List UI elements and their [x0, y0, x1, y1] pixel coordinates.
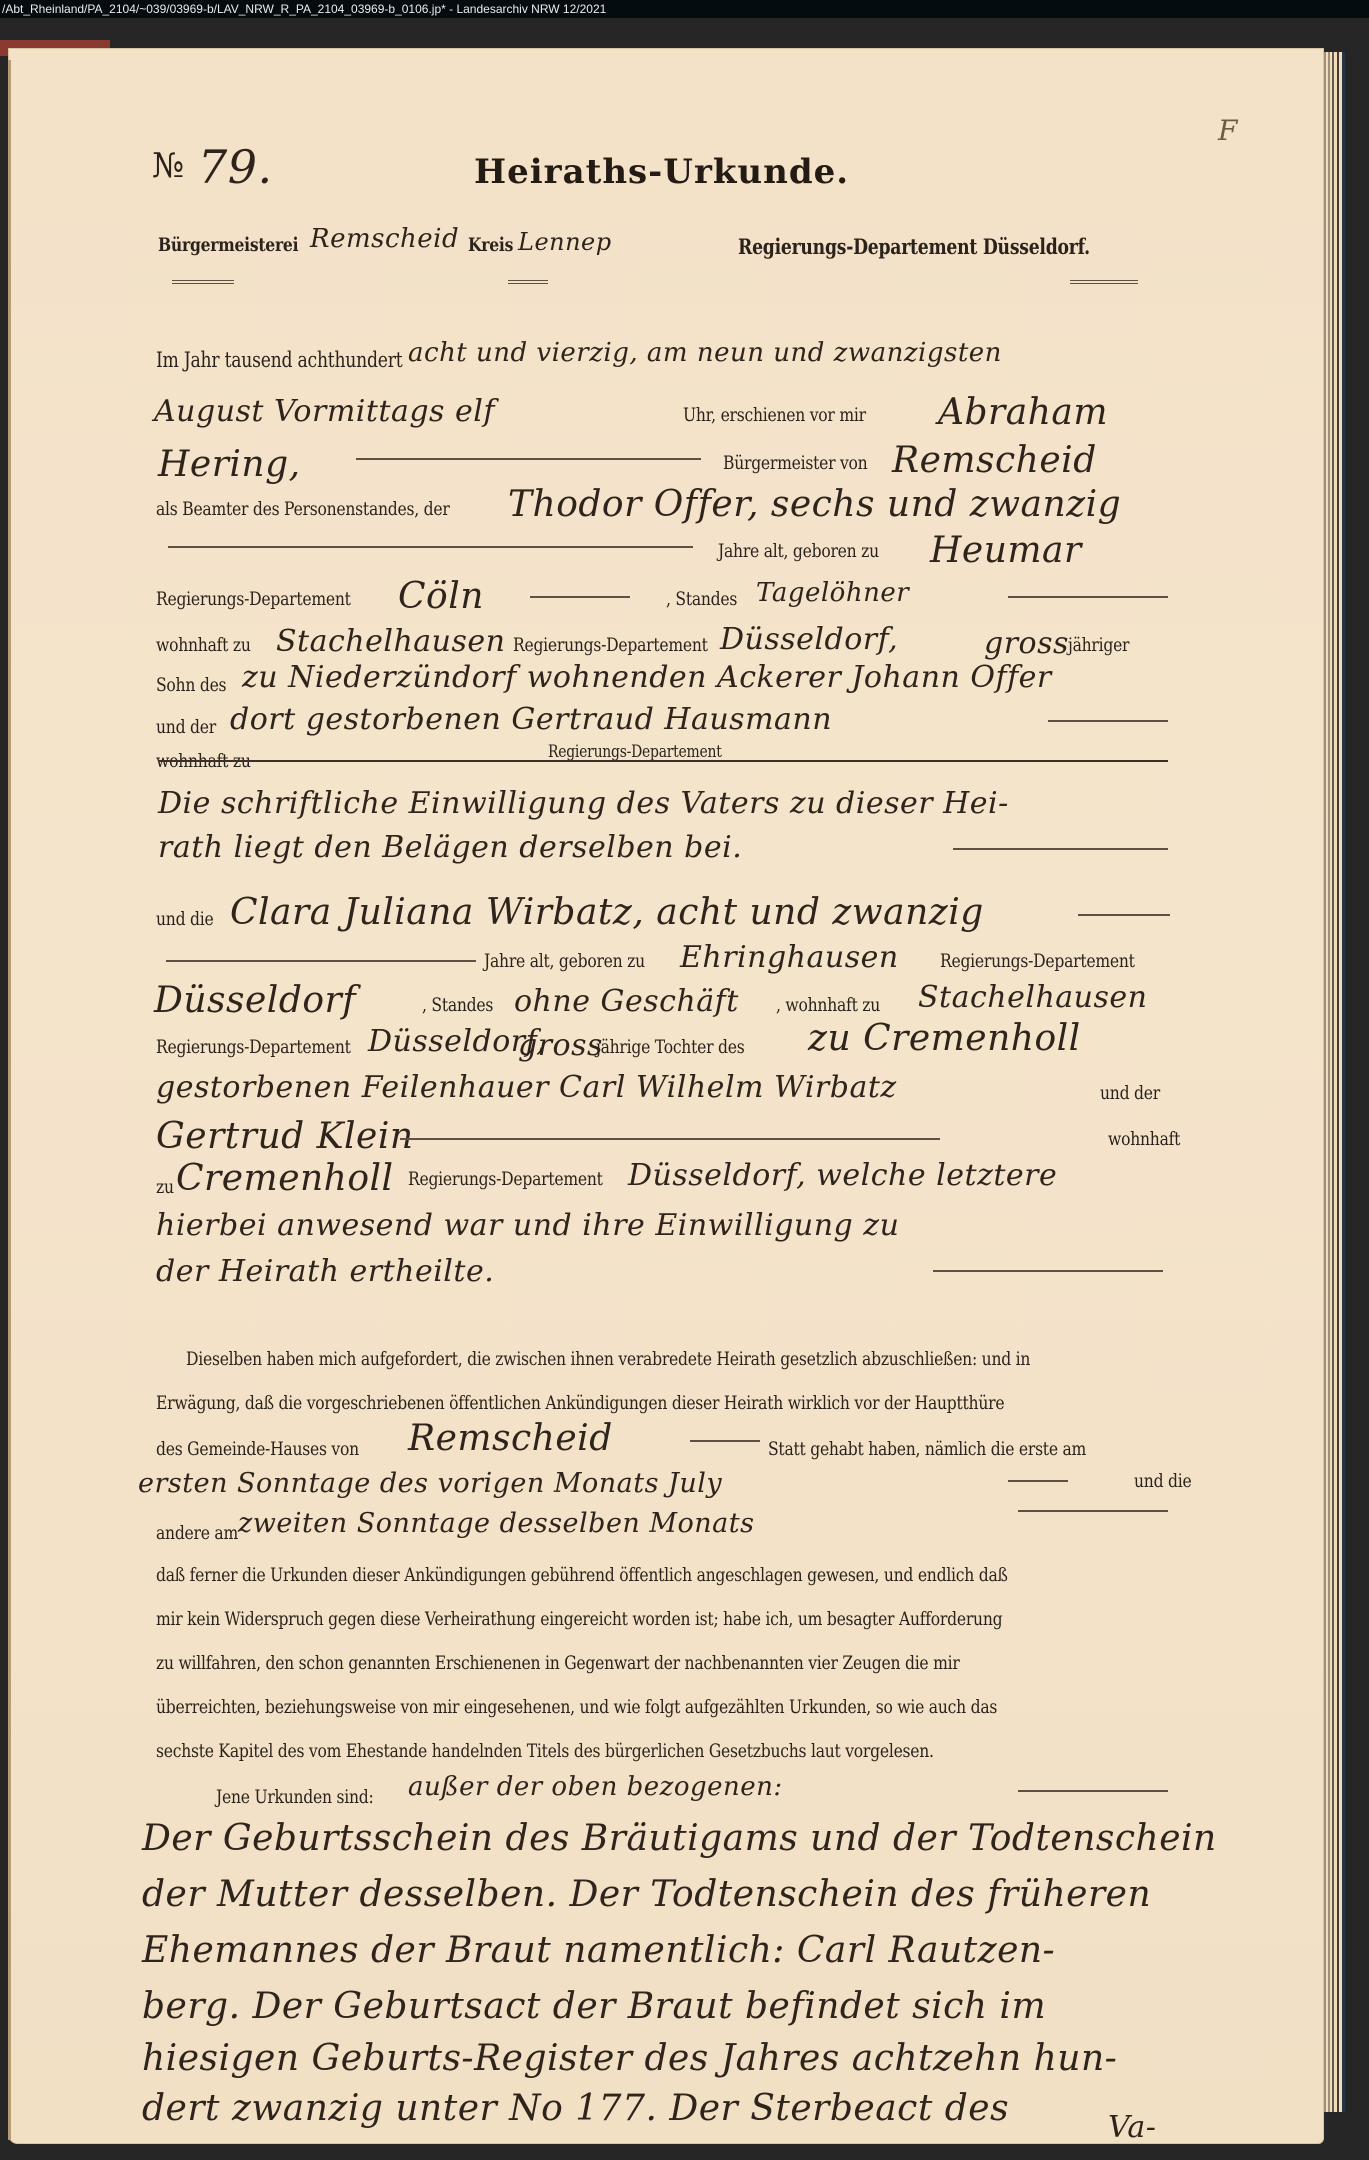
residence-label-4: wohnhaft — [1108, 1128, 1180, 1150]
corner-mark: F — [1218, 114, 1237, 147]
body-line-6: daß ferner die Urkunden dieser Ankündigu… — [156, 1564, 1008, 1586]
and-the-label-2: und die — [156, 908, 213, 930]
groom-name-age: Thodor Offer, sechs und zwanzig — [508, 484, 1121, 525]
documents-line-4: berg. Der Geburtsact der Braut befindet … — [142, 1986, 1046, 2027]
bride-birthplace: Ehringhausen — [680, 940, 899, 975]
bride-birth-department: Düsseldorf — [154, 980, 356, 1021]
mayor-town: Remscheid — [892, 440, 1097, 481]
at-label: zu — [156, 1176, 174, 1198]
department-header: Regierungs-Departement Düsseldorf. — [738, 234, 1090, 259]
department-label-1: Regierungs-Departement — [156, 588, 351, 610]
department-label-4: Regierungs-Departement — [940, 950, 1135, 972]
occupation-label-1: , Standes — [666, 588, 737, 610]
documents-intro: außer der oben bezogenen: — [408, 1772, 783, 1802]
groom-residence: Stachelhausen — [276, 624, 505, 659]
appeared-text: Uhr, erschienen vor mir — [683, 404, 866, 426]
consent-note-line-1: Die schriftliche Einwilligung des Vaters… — [158, 786, 1009, 821]
residence-label-1: wohnhaft zu — [156, 634, 251, 656]
residence-label-3: , wohnhaft zu — [776, 994, 880, 1016]
body-line-2: Erwägung, daß die vorgeschriebenen öffen… — [156, 1392, 1004, 1414]
window-title: /Abt_Rheinland/PA_2104/~039/03969-b/LAV_… — [2, 2, 606, 16]
mayor-first-name: Abraham — [938, 392, 1108, 433]
bride-mother: Gertrud Klein — [156, 1116, 414, 1157]
document-page: F № 79. Heiraths-Urkunde. Bürgermeistere… — [8, 48, 1324, 2144]
majority-label-1: jähriger — [1068, 634, 1129, 656]
certificate-number-label: № — [152, 146, 184, 186]
body-line-1: Dieselben haben mich aufgefordert, die z… — [186, 1348, 1030, 1370]
body-line-4: und die — [1134, 1470, 1191, 1492]
and-the-label-3: und der — [1100, 1082, 1160, 1104]
age-born-text: Jahre alt, geboren zu — [718, 540, 879, 562]
consent-note-line-2: rath liegt den Belägen derselben bei. — [158, 830, 742, 865]
second-announcement-date: zweiten Sonntage desselben Monats — [238, 1508, 755, 1539]
body-line-3-a: des Gemeinde-Hauses von — [156, 1438, 359, 1460]
body-line-7: mir kein Widerspruch gegen diese Verheir… — [156, 1608, 1002, 1630]
groom-occupation: Tagelöhner — [756, 578, 909, 608]
document-title: Heiraths-Urkunde. — [474, 152, 849, 192]
bride-father-residence: zu Cremenholl — [808, 1018, 1081, 1059]
documents-line-7: Va- — [1108, 2110, 1156, 2145]
date-handwritten: acht und vierzig, am neun und zwanzigste… — [408, 338, 1002, 368]
mother-consent-line-2: der Heirath ertheilte. — [156, 1254, 494, 1289]
window-title-bar: /Abt_Rheinland/PA_2104/~039/03969-b/LAV_… — [0, 0, 1369, 18]
bride-residence: Stachelhausen — [918, 980, 1147, 1015]
documents-line-1: Der Geburtsschein des Bräutigams und der… — [142, 1818, 1217, 1859]
documents-line-2: der Mutter desselben. Der Todtenschein d… — [142, 1874, 1151, 1915]
department-label-5: Regierungs-Departement — [156, 1036, 351, 1058]
groom-mother: dort gestorbenen Gertraud Hausmann — [230, 702, 832, 737]
son-of-label: Sohn des — [156, 674, 226, 696]
and-the-label-1: und der — [156, 716, 216, 738]
bride-name-age: Clara Juliana Wirbatz, acht und zwanzig — [230, 892, 984, 933]
department-label-6: Regierungs-Departement — [408, 1168, 603, 1190]
documents-line-6: dert zwanzig unter No 177. Der Sterbeact… — [142, 2088, 1009, 2129]
marriage-certificate: F № 79. Heiraths-Urkunde. Bürgermeistere… — [8, 48, 1324, 2144]
kreis-value: Lennep — [518, 228, 612, 256]
groom-majority: gross — [984, 626, 1069, 661]
bride-mother-residence: Cremenholl — [176, 1158, 394, 1199]
first-announcement-date: ersten Sonntage des vorigen Monats July — [138, 1468, 722, 1499]
mother-consent-line-1: hierbei anwesend war und ihre Einwilligu… — [156, 1208, 899, 1243]
mayor-last-name: Hering, — [158, 444, 301, 485]
documents-label: Jene Urkunden sind: — [216, 1786, 374, 1808]
groom-father: zu Niederzündorf wohnenden Ackerer Johan… — [242, 660, 1052, 695]
time-handwritten: August Vormittags elf — [154, 394, 495, 429]
body-line-9: überreichten, beziehungsweise von mir ei… — [156, 1696, 997, 1718]
department-label-3: Regierungs-Departement — [548, 742, 722, 762]
official-text: als Beamter des Personenstandes, der — [156, 498, 450, 520]
documents-line-3: Ehemannes der Braut namentlich: Carl Rau… — [142, 1930, 1055, 1971]
documents-line-5: hiesigen Geburts-Register des Jahres ach… — [142, 2038, 1117, 2079]
department-label-2: Regierungs-Departement — [513, 634, 708, 656]
groom-birth-department: Cöln — [398, 576, 484, 617]
buergermeisterei-label: Bürgermeisterei — [158, 234, 298, 256]
body-line-8: zu willfahren, den schon genannten Ersch… — [156, 1652, 960, 1674]
buergermeisterei-value: Remscheid — [310, 224, 459, 254]
body-line-5: andere am — [156, 1522, 238, 1544]
groom-birthplace: Heumar — [930, 530, 1082, 571]
announcement-town: Remscheid — [408, 1418, 613, 1459]
kreis-label: Kreis — [468, 234, 513, 256]
groom-residence-department: Düsseldorf, — [720, 622, 898, 657]
body-line-3-b: Statt gehabt haben, nämlich die erste am — [768, 1438, 1086, 1460]
bride-occupation: ohne Geschäft — [514, 984, 739, 1019]
mayor-of-text: Bürgermeister von — [723, 452, 867, 474]
body-line-10: sechste Kapitel des vom Ehestande handel… — [156, 1740, 934, 1762]
daughter-of-label: jährige Tochter des — [596, 1036, 744, 1058]
bride-father: gestorbenen Feilenhauer Carl Wilhelm Wir… — [156, 1070, 897, 1105]
bride-majority: gross — [518, 1028, 603, 1063]
bride-mother-department: Düsseldorf, welche letztere — [628, 1158, 1057, 1193]
occupation-label-2: , Standes — [422, 994, 493, 1016]
page-gutter-line — [8, 60, 11, 2140]
intro-text: Im Jahr tausend achthundert — [156, 348, 402, 372]
age-born-text-2: Jahre alt, geboren zu — [484, 950, 645, 972]
certificate-number: 79. — [198, 140, 273, 194]
